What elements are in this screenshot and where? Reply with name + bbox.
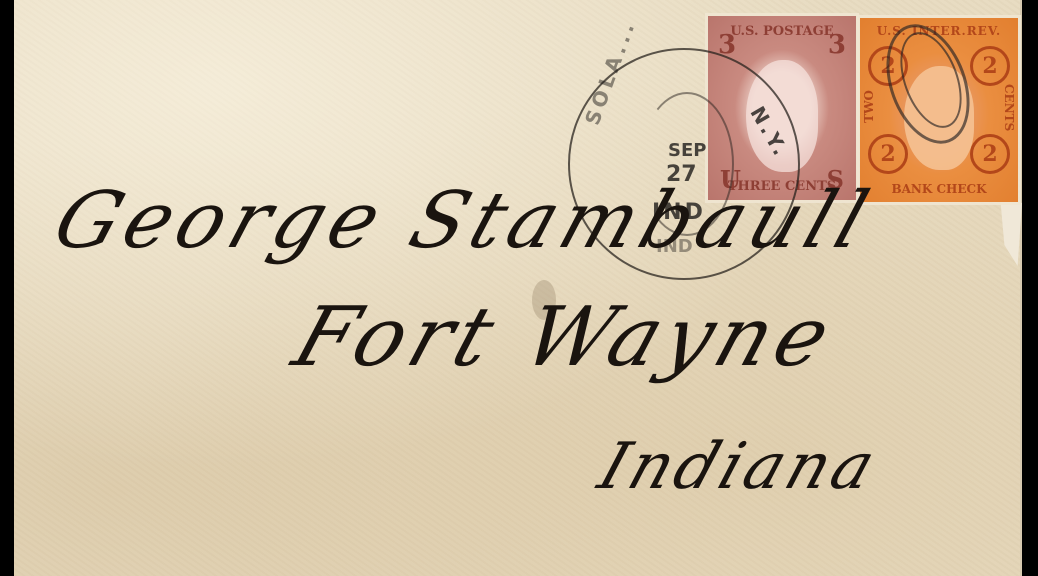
stamp-right-text: CENTS [1002,84,1016,131]
address-city: Fort Wayne [283,290,848,385]
stamp-left-text: TWO [862,90,876,123]
stamp-value-br: 2 [970,134,1010,174]
addressee-name: George Stambaull [43,176,884,266]
stamp-value-right: 3 [828,30,846,60]
stamp-value-bl: 2 [868,134,908,174]
address-state: Indiana [590,430,888,504]
stamp-bottom-text: BANK CHECK [860,182,1018,196]
postmark-month: SEP [668,140,706,161]
stamp-value-tr: 2 [970,46,1010,86]
postmark-state-right: N.Y. [745,102,793,162]
